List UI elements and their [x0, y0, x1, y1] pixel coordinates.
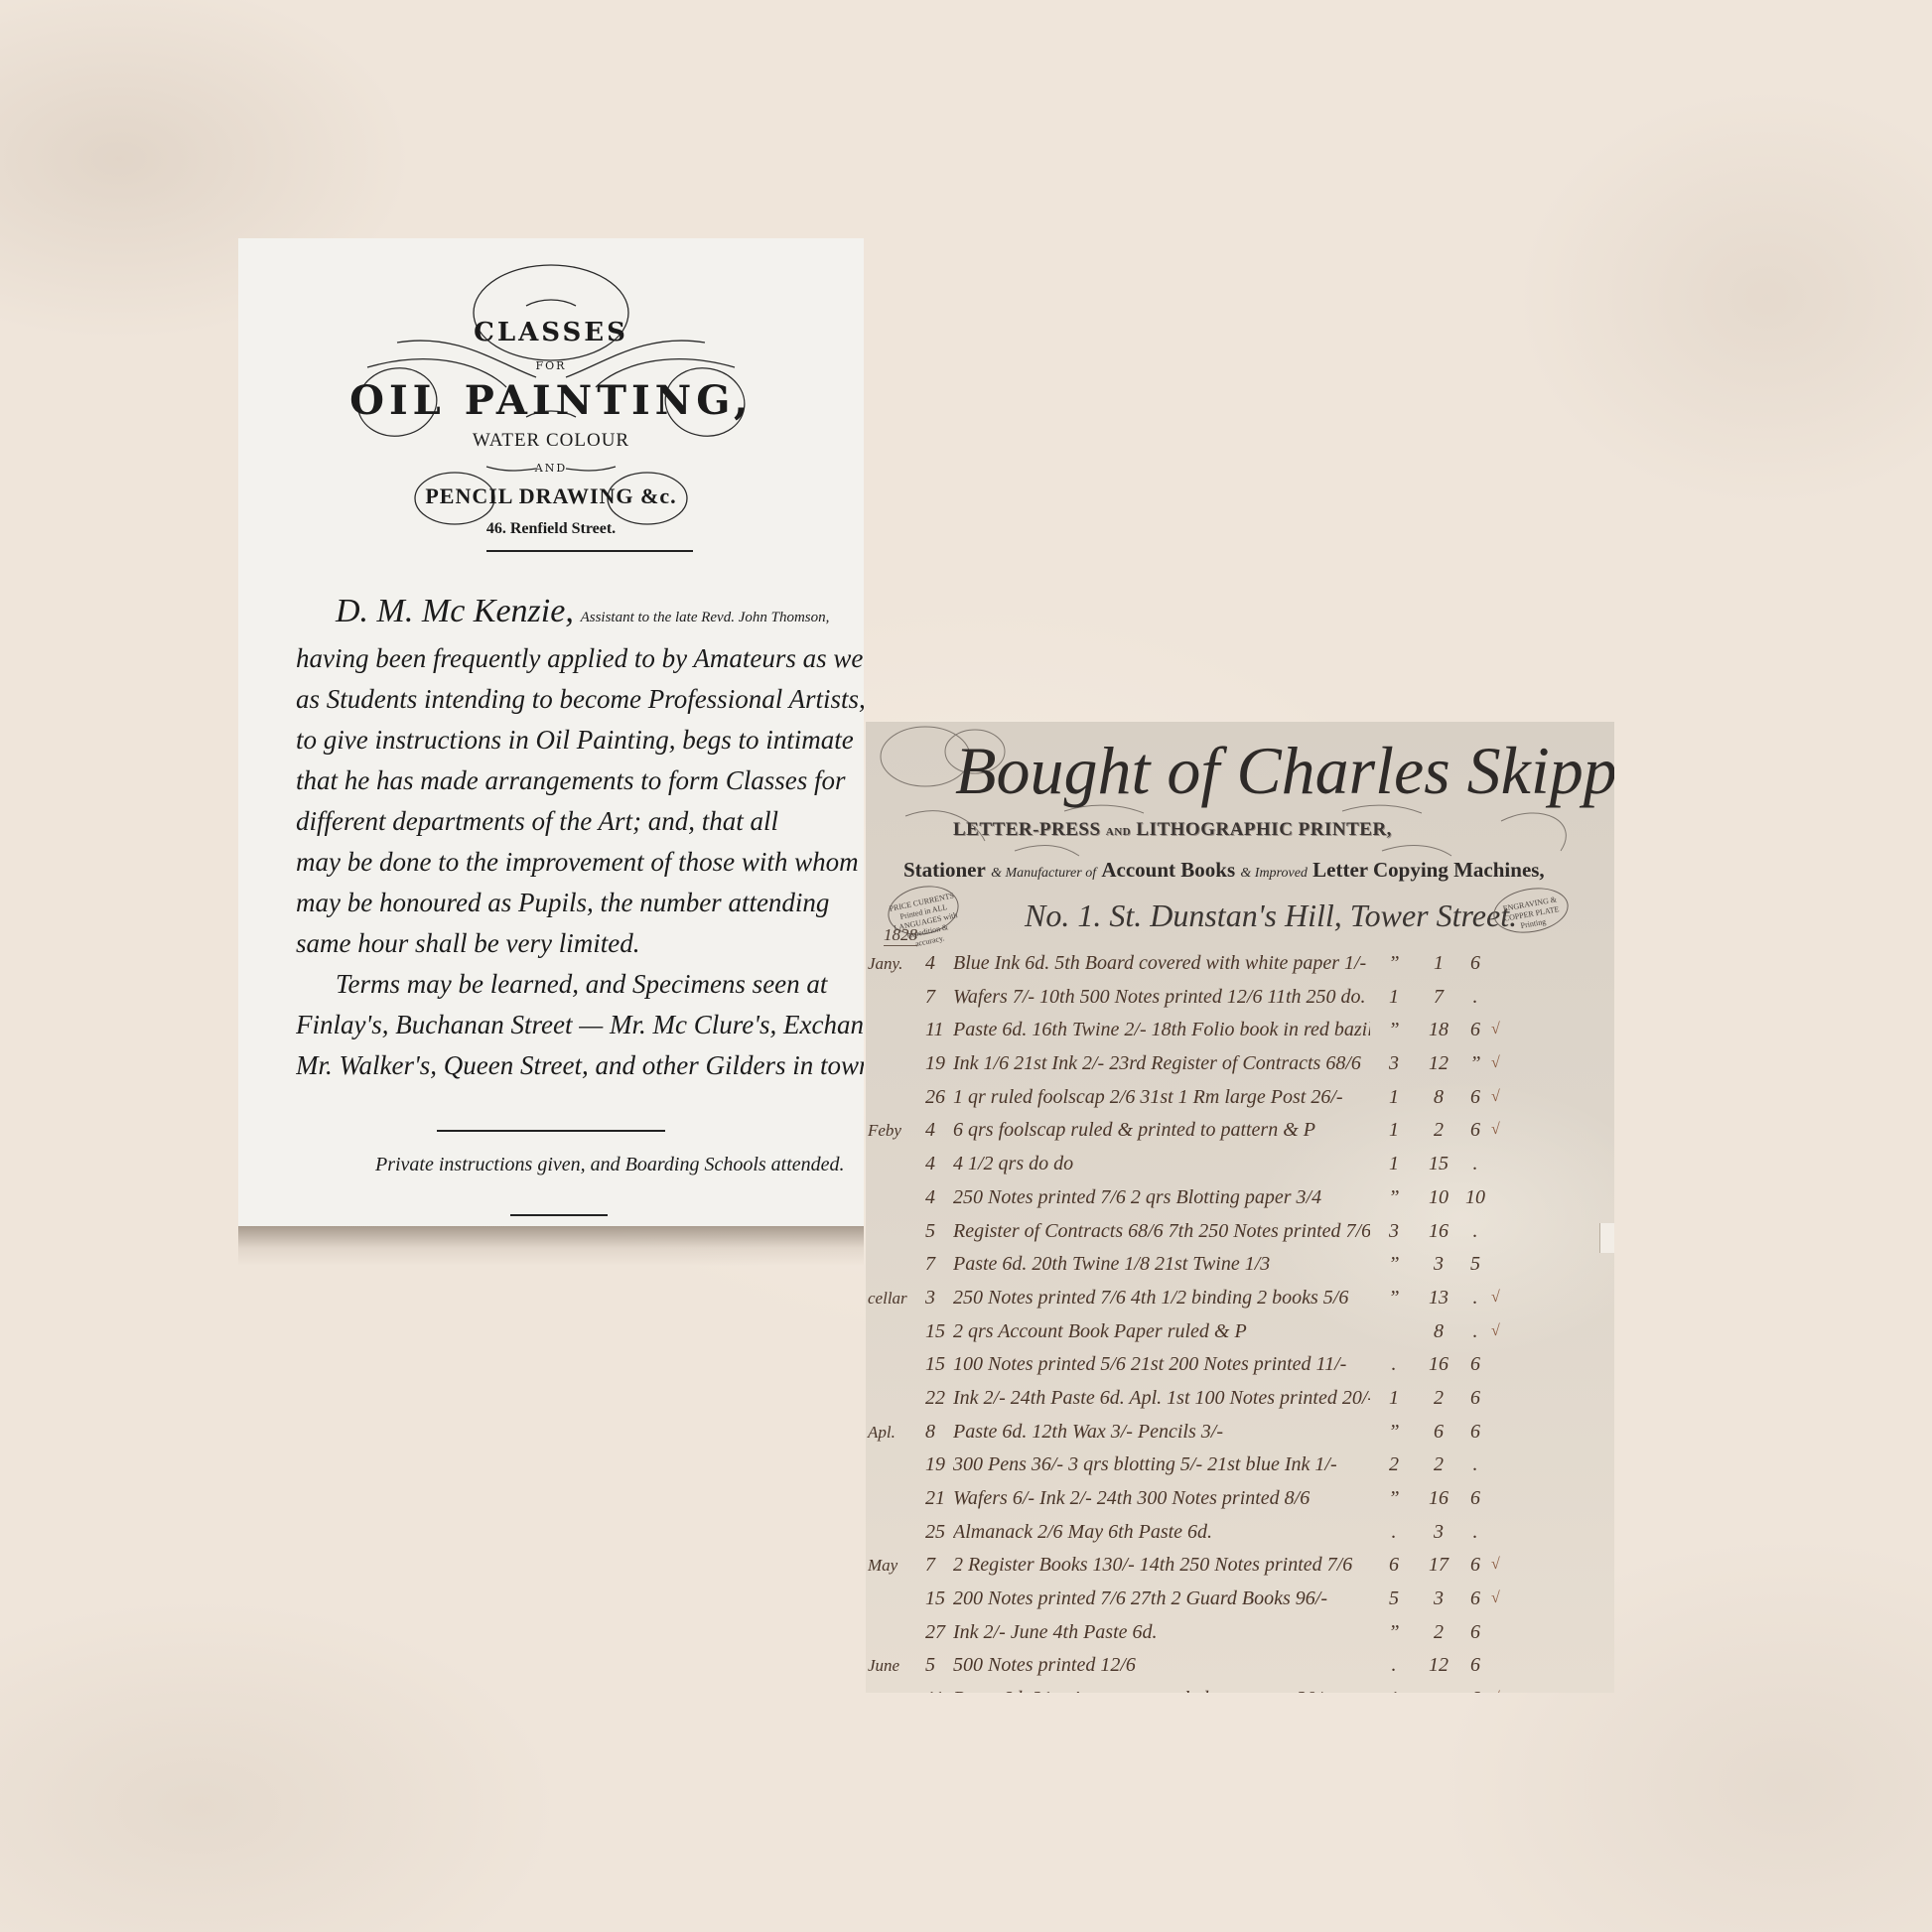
ledger-row: 27Ink 2/- June 4th Paste 6d.”26: [866, 1617, 1614, 1651]
ledger-description: Ink 1/6 21st Ink 2/- 23rd Register of Co…: [953, 1052, 1370, 1075]
letterhead-trade-line: LETTER-PRESS AND LITHOGRAPHIC PRINTER,: [953, 819, 1392, 841]
ledger-row: 15100 Notes printed 5/6 21st 200 Notes p…: [866, 1349, 1614, 1383]
ledger-row: 152 qrs Account Book Paper ruled & P8.√: [866, 1316, 1614, 1350]
amount-shillings: 16: [1422, 1353, 1455, 1376]
amount-pounds: .: [1382, 1353, 1406, 1376]
flyer-footer-note: Private instructions given, and Boarding…: [375, 1154, 845, 1176]
ledger-description: Paste 6d. 21st 4 qrs paper ruled to patt…: [953, 1688, 1370, 1693]
ledger-year: 1828: [884, 925, 917, 946]
check-mark-icon: √: [1491, 1088, 1505, 1106]
torn-tab: [1599, 1223, 1614, 1253]
amount-pounds: ”: [1382, 1421, 1406, 1444]
amount-shillings: 12: [1422, 1654, 1455, 1677]
ledger-description: 6 qrs foolscap ruled & printed to patter…: [953, 1119, 1370, 1142]
ledger-month: Feby: [868, 1121, 915, 1141]
body-line: may be done to the improvement of those …: [296, 842, 864, 883]
check-mark-icon: √: [1491, 1021, 1505, 1038]
amount-pence: 6: [1463, 1587, 1487, 1610]
amount-pounds: ”: [1382, 952, 1406, 975]
amount-pence: 6: [1463, 1086, 1487, 1109]
body-line: having been frequently applied to by Ama…: [296, 638, 864, 679]
flyer-signature: D. M. Mc Kenzie,: [336, 593, 574, 629]
flyer-title-classes: CLASSES: [238, 318, 864, 347]
amount-shillings: 10: [1422, 1186, 1455, 1209]
ledger-row: 5Register of Contracts 68/6 7th 250 Note…: [866, 1216, 1614, 1250]
ledger-description: 100 Notes printed 5/6 21st 200 Notes pri…: [953, 1353, 1370, 1376]
trade-and: AND: [1106, 826, 1131, 838]
amount-pence: .: [1463, 1521, 1487, 1544]
letterhead-bought-of: Bought of Charles Skipper,: [955, 732, 1614, 810]
ledger-description: 300 Pens 36/- 3 qrs blotting 5/- 21st bl…: [953, 1453, 1370, 1476]
ledger-description: 500 Notes printed 12/6: [953, 1654, 1370, 1677]
ledger-month: May: [868, 1556, 915, 1576]
ledger-row: 19300 Pens 36/- 3 qrs blotting 5/- 21st …: [866, 1449, 1614, 1483]
ledger-month: cellar: [868, 1289, 915, 1309]
trade-letterpress: LETTER-PRESS: [953, 819, 1101, 840]
ledger-description: Ink 2/- June 4th Paste 6d.: [953, 1621, 1370, 1644]
amount-pence: .: [1463, 1320, 1487, 1343]
amount-pounds: 1: [1382, 1387, 1406, 1410]
flyer-title-oil-painting: OIL PAINTING,: [238, 377, 864, 424]
ledger-description: Ink 2/- 24th Paste 6d. Apl. 1st 100 Note…: [953, 1387, 1370, 1410]
check-mark-icon: √: [1491, 1121, 1505, 1139]
amount-pounds: .: [1382, 1521, 1406, 1544]
amount-pounds: ”: [1382, 1287, 1406, 1310]
terms-line: Finlay's, Buchanan Street — Mr. Mc Clure…: [296, 1005, 864, 1045]
amount-pence: 6: [1463, 1554, 1487, 1577]
amount-pence: .: [1463, 1153, 1487, 1175]
ledger-description: Almanack 2/6 May 6th Paste 6d.: [953, 1521, 1370, 1544]
check-mark-icon: √: [1491, 1322, 1505, 1340]
amount-shillings: 2: [1422, 1453, 1455, 1476]
amount-pence: .: [1463, 986, 1487, 1009]
ledger-description: Wafers 7/- 10th 500 Notes printed 12/6 1…: [953, 986, 1370, 1009]
amount-shillings: 13: [1422, 1287, 1455, 1310]
ledger-row: 4250 Notes printed 7/6 2 qrs Blotting pa…: [866, 1182, 1614, 1216]
ledger-description: 250 Notes printed 7/6 2 qrs Blotting pap…: [953, 1186, 1370, 1209]
flyer-assistant-note: Assistant to the late Revd. John Thomson…: [581, 610, 830, 625]
amount-pence: 6: [1463, 1387, 1487, 1410]
stationer-word: Stationer: [903, 858, 986, 882]
ledger-description: Blue Ink 6d. 5th Board covered with whit…: [953, 952, 1370, 975]
amount-pence: 6: [1463, 1654, 1487, 1677]
body-line: to give instructions in Oil Painting, be…: [296, 720, 864, 760]
improved-word: & Improved: [1240, 866, 1308, 881]
terms-line: Mr. Walker's, Queen Street, and other Gi…: [296, 1045, 864, 1086]
flyer-title-and: AND: [238, 462, 864, 475]
ledger-row: cellar3250 Notes printed 7/6 4th 1/2 bin…: [866, 1283, 1614, 1316]
amount-pounds: 1: [1382, 1153, 1406, 1175]
amount-pounds: ”: [1382, 1186, 1406, 1209]
amount-pounds: ”: [1382, 1019, 1406, 1041]
ledger-description: 1 qr ruled foolscap 2/6 31st 1 Rm large …: [953, 1086, 1370, 1109]
amount-pounds: 1: [1382, 1119, 1406, 1142]
classes-flyer-document: CLASSES FOR OIL PAINTING, WATER COLOUR A…: [238, 238, 864, 1226]
amount-pence: 6: [1463, 1353, 1487, 1376]
amount-pence: .: [1463, 1453, 1487, 1476]
amount-shillings: 6: [1422, 1421, 1455, 1444]
amount-pounds: 1: [1382, 1086, 1406, 1109]
ledger-row: July11Paste 6d. 21st 4 qrs paper ruled t…: [866, 1684, 1614, 1693]
ledger-description: Paste 6d. 20th Twine 1/8 21st Twine 1/3: [953, 1253, 1370, 1276]
ledger-row: Feby46 qrs foolscap ruled & printed to p…: [866, 1115, 1614, 1149]
amount-pounds: ”: [1382, 1253, 1406, 1276]
amount-pounds: 1: [1382, 986, 1406, 1009]
amount-pounds: 5: [1382, 1587, 1406, 1610]
amount-shillings: 1: [1422, 952, 1455, 975]
copying-machines: Letter Copying Machines,: [1312, 858, 1545, 882]
amount-pounds: 3: [1382, 1220, 1406, 1243]
ledger-description: Paste 6d. 12th Wax 3/- Pencils 3/-: [953, 1421, 1370, 1444]
amount-shillings: .: [1422, 1688, 1455, 1693]
check-mark-icon: √: [1491, 1556, 1505, 1574]
amount-shillings: 3: [1422, 1587, 1455, 1610]
ledger-row: May72 Register Books 130/- 14th 250 Note…: [866, 1550, 1614, 1584]
ledger-entries: Jany.4Blue Ink 6d. 5th Board covered wit…: [866, 948, 1614, 1693]
flyer-title-pencil-drawing: PENCIL DRAWING &c.: [238, 483, 864, 509]
amount-pence: .: [1463, 1287, 1487, 1310]
ledger-month: June: [868, 1656, 915, 1676]
ledger-description: 2 qrs Account Book Paper ruled & P: [953, 1320, 1370, 1343]
ledger-row: 261 qr ruled foolscap 2/6 31st 1 Rm larg…: [866, 1082, 1614, 1116]
amount-pounds: ”: [1382, 1487, 1406, 1510]
body-line: different departments of the Art; and, t…: [296, 801, 864, 842]
amount-pence: 6: [1463, 1421, 1487, 1444]
amount-shillings: 2: [1422, 1621, 1455, 1644]
amount-shillings: 16: [1422, 1220, 1455, 1243]
divider-rule: [437, 1130, 665, 1132]
amount-pence: ”: [1463, 1052, 1487, 1075]
body-line: that he has made arrangements to form Cl…: [296, 760, 864, 801]
skipper-ledger-receipt: Bought of Charles Skipper, LETTER-PRESS …: [866, 722, 1614, 1693]
manufacturer-of: & Manufacturer of: [991, 866, 1096, 881]
body-line: same hour shall be very limited.: [296, 923, 864, 964]
amount-pence: 6: [1463, 1688, 1487, 1693]
ledger-description: Wafers 6/- Ink 2/- 24th 300 Notes printe…: [953, 1487, 1370, 1510]
ledger-row: June5500 Notes printed 12/6.126: [866, 1650, 1614, 1684]
check-mark-icon: √: [1491, 1054, 1505, 1072]
ledger-row: 15200 Notes printed 7/6 27th 2 Guard Boo…: [866, 1584, 1614, 1617]
letterhead-stationer-line: Stationer & Manufacturer of Account Book…: [903, 858, 1545, 883]
amount-shillings: 2: [1422, 1119, 1455, 1142]
amount-pounds: 2: [1382, 1453, 1406, 1476]
account-books: Account Books: [1101, 858, 1235, 882]
divider-rule: [486, 550, 693, 552]
amount-shillings: 18: [1422, 1019, 1455, 1041]
ledger-description: 250 Notes printed 7/6 4th 1/2 binding 2 …: [953, 1287, 1370, 1310]
ledger-row: 19Ink 1/6 21st Ink 2/- 23rd Register of …: [866, 1048, 1614, 1082]
ledger-month: July: [868, 1690, 915, 1693]
body-line: as Students intending to become Professi…: [296, 679, 864, 720]
amount-shillings: 16: [1422, 1487, 1455, 1510]
flyer-title-for: FOR: [238, 359, 864, 372]
amount-pence: 6: [1463, 1621, 1487, 1644]
ledger-description: 4 1/2 qrs do do: [953, 1153, 1370, 1175]
ledger-row: 25Almanack 2/6 May 6th Paste 6d..3.: [866, 1517, 1614, 1551]
ledger-description: 200 Notes printed 7/6 27th 2 Guard Books…: [953, 1587, 1370, 1610]
amount-pence: 6: [1463, 1119, 1487, 1142]
terms-line: Terms may be learned, and Specimens seen…: [296, 964, 864, 1005]
check-mark-icon: √: [1491, 1589, 1505, 1607]
amount-pence: 6: [1463, 1487, 1487, 1510]
amount-shillings: 8: [1422, 1320, 1455, 1343]
trade-lithographic: LITHOGRAPHIC PRINTER,: [1136, 819, 1392, 840]
amount-shillings: 15: [1422, 1153, 1455, 1175]
ledger-month: Apl.: [868, 1423, 915, 1443]
flyer-address: 46. Renfield Street.: [238, 520, 864, 538]
amount-shillings: 7: [1422, 986, 1455, 1009]
amount-shillings: 3: [1422, 1253, 1455, 1276]
letterhead-address: No. 1. St. Dunstan's Hill, Tower Street.: [1025, 897, 1517, 934]
ledger-row: 7Paste 6d. 20th Twine 1/8 21st Twine 1/3…: [866, 1249, 1614, 1283]
check-mark-icon: √: [1491, 1690, 1505, 1693]
amount-pounds: .: [1382, 1654, 1406, 1677]
body-line: may be honoured as Pupils, the number at…: [296, 883, 864, 923]
ledger-description: Paste 6d. 16th Twine 2/- 18th Folio book…: [953, 1019, 1370, 1041]
amount-shillings: 17: [1422, 1554, 1455, 1577]
amount-pence: .: [1463, 1220, 1487, 1243]
ledger-row: 44 1/2 qrs do do115.: [866, 1149, 1614, 1182]
amount-pounds: 6: [1382, 1554, 1406, 1577]
ledger-month: Jany.: [868, 954, 915, 974]
amount-shillings: 12: [1422, 1052, 1455, 1075]
amount-pence: 6: [1463, 1019, 1487, 1041]
flyer-body: D. M. Mc Kenzie, Assistant to the late R…: [296, 591, 864, 1086]
ledger-row: Apl.8Paste 6d. 12th Wax 3/- Pencils 3/-”…: [866, 1417, 1614, 1450]
amount-pence: 5: [1463, 1253, 1487, 1276]
amount-shillings: 8: [1422, 1086, 1455, 1109]
amount-pounds: ”: [1382, 1621, 1406, 1644]
check-mark-icon: √: [1491, 1289, 1505, 1307]
amount-shillings: 2: [1422, 1387, 1455, 1410]
ledger-row: 11Paste 6d. 16th Twine 2/- 18th Folio bo…: [866, 1015, 1614, 1048]
ledger-description: 2 Register Books 130/- 14th 250 Notes pr…: [953, 1554, 1370, 1577]
flyer-title-water-colour: WATER COLOUR: [238, 430, 864, 452]
ledger-description: Register of Contracts 68/6 7th 250 Notes…: [953, 1220, 1370, 1243]
amount-pounds: 1: [1382, 1688, 1406, 1693]
amount-pence: 10: [1463, 1186, 1487, 1209]
ledger-row: 7Wafers 7/- 10th 500 Notes printed 12/6 …: [866, 982, 1614, 1016]
divider-rule: [510, 1214, 608, 1216]
amount-shillings: 3: [1422, 1521, 1455, 1544]
ledger-row: 22Ink 2/- 24th Paste 6d. Apl. 1st 100 No…: [866, 1383, 1614, 1417]
ledger-row: Jany.4Blue Ink 6d. 5th Board covered wit…: [866, 948, 1614, 982]
ledger-row: 21Wafers 6/- Ink 2/- 24th 300 Notes prin…: [866, 1483, 1614, 1517]
amount-pence: 6: [1463, 952, 1487, 975]
amount-pounds: 3: [1382, 1052, 1406, 1075]
